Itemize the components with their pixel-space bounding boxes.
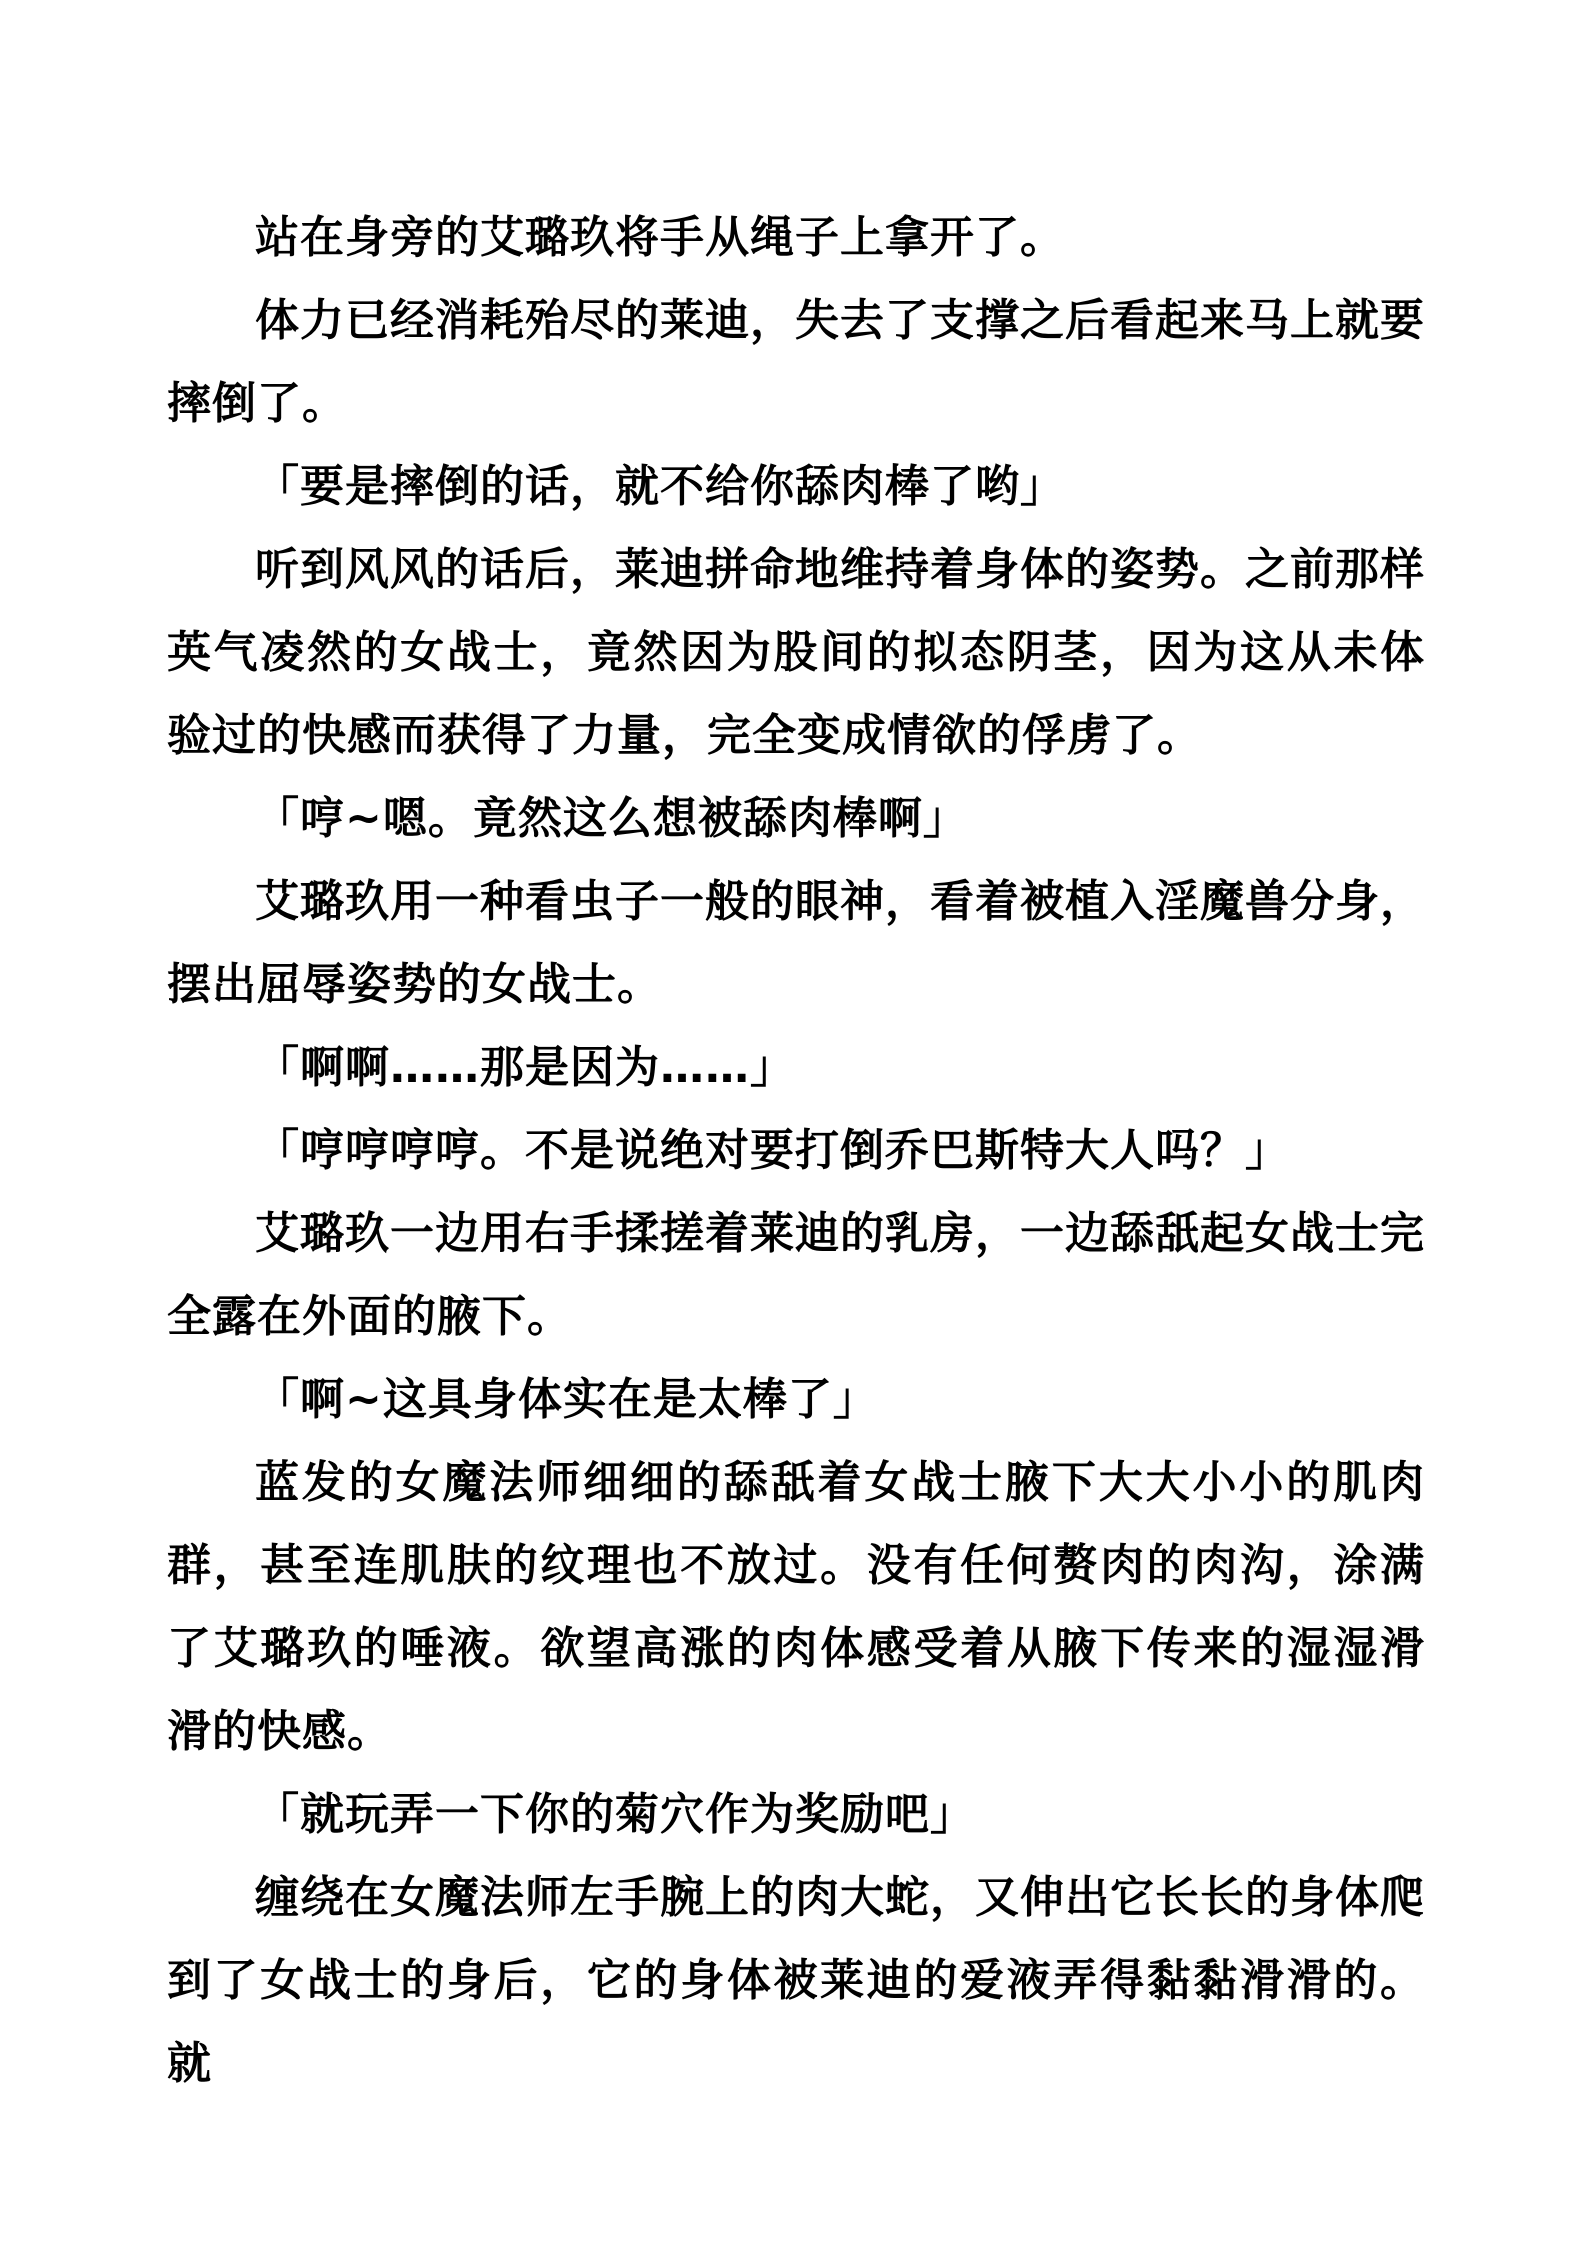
paragraph: 体力已经消耗殆尽的莱迪，失去了支撑之后看起来马上就要摔倒了。 (167, 279, 1425, 445)
paragraph: 缠绕在女魔法师左手腕上的肉大蛇，又伸出它长长的身体爬到了女战士的身后，它的身体被… (167, 1856, 1425, 2105)
paragraph: 艾璐玖一边用右手揉搓着莱迪的乳房，一边舔舐起女战士完全露在外面的腋下。 (167, 1192, 1425, 1358)
paragraph-dialogue: 「就玩弄一下你的菊穴作为奖励吧」 (167, 1773, 1425, 1856)
novel-page: 站在身旁的艾璐玖将手从绳子上拿开了。 体力已经消耗殆尽的莱迪，失去了支撑之后看起… (0, 0, 1587, 2245)
paragraph-dialogue: 「哼~嗯。竟然这么想被舔肉棒啊」 (167, 777, 1425, 860)
paragraph-dialogue: 「哼哼哼哼。不是说绝对要打倒乔巴斯特大人吗？」 (167, 1109, 1425, 1192)
paragraph: 蓝发的女魔法师细细的舔舐着女战士腋下大大小小的肌肉群，甚至连肌肤的纹理也不放过。… (167, 1441, 1425, 1773)
paragraph-dialogue: 「啊~这具身体实在是太棒了」 (167, 1358, 1425, 1441)
paragraph: 艾璐玖用一种看虫子一般的眼神，看着被植入淫魔兽分身，摆出屈辱姿势的女战士。 (167, 860, 1425, 1026)
paragraph-dialogue: 「啊啊……那是因为……」 (167, 1026, 1425, 1109)
paragraph-dialogue: 「要是摔倒的话，就不给你舔肉棒了哟」 (167, 445, 1425, 528)
paragraph: 听到风风的话后，莱迪拼命地维持着身体的姿势。之前那样英气凌然的女战士，竟然因为股… (167, 528, 1425, 777)
paragraph: 站在身旁的艾璐玖将手从绳子上拿开了。 (167, 196, 1425, 279)
text-block: 站在身旁的艾璐玖将手从绳子上拿开了。 体力已经消耗殆尽的莱迪，失去了支撑之后看起… (167, 196, 1425, 2105)
